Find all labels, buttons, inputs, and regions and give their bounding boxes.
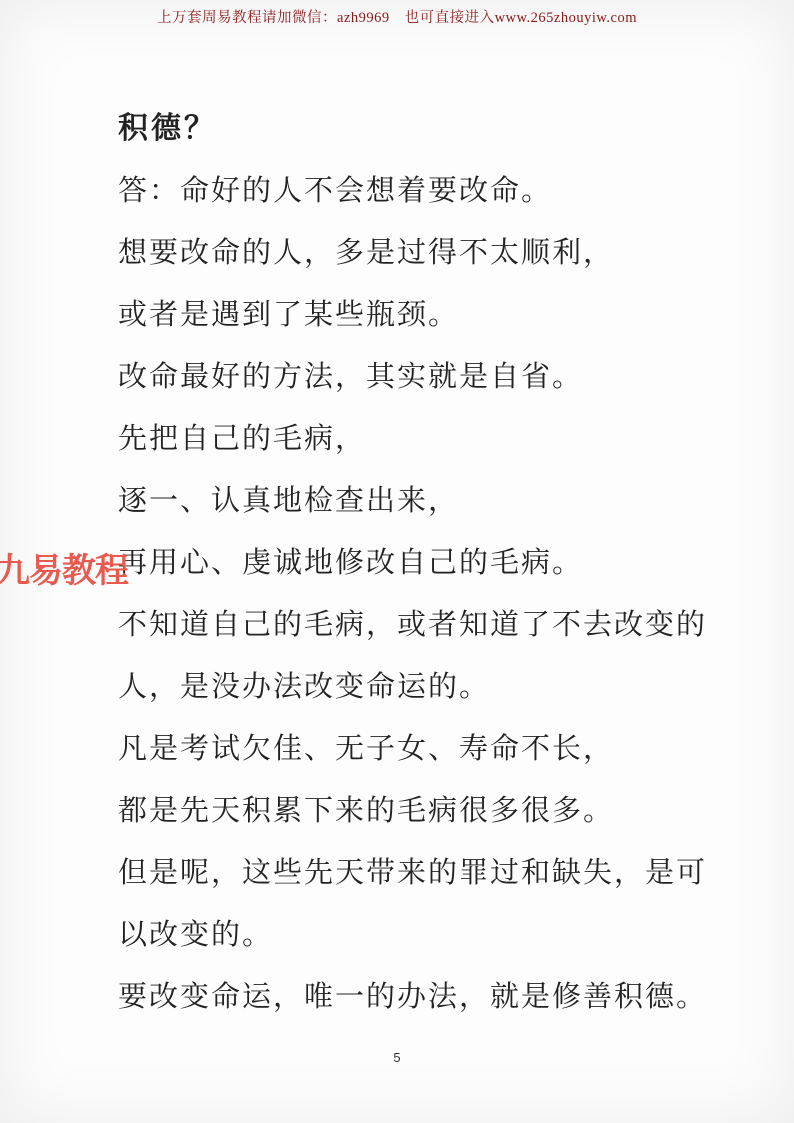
text-line: 以改变的。 [118,904,738,966]
text-line: 人，是没办法改变命运的。 [118,656,738,718]
watermark-logo-text: 九易教程 [0,543,128,592]
text-line: 逐一、认真地检查出来， [118,470,738,532]
text-line: 要改变命运，唯一的办法，就是修善积德。 [118,966,738,1028]
text-line: 或者是遇到了某些瓶颈。 [118,284,738,346]
text-line: 但是呢，这些先天带来的罪过和缺失，是可 [118,842,738,904]
page-number: 5 [0,1050,794,1065]
section-title: 积德？ [118,98,738,160]
text-line: 先把自己的毛病， [118,408,738,470]
text-line: 答：命好的人不会想着要改命。 [118,160,738,222]
page-body-text: 积德？ 答：命好的人不会想着要改命。 想要改命的人，多是过得不太顺利， 或者是遇… [118,98,738,1028]
text-line: 不知道自己的毛病，或者知道了不去改变的 [118,594,738,656]
text-line: 都是先天积累下来的毛病很多很多。 [118,780,738,842]
header-promo-text: 上万套周易教程请加微信：azh9969 也可直接进入www.265zhouyiw… [0,6,794,27]
document-page: 上万套周易教程请加微信：azh9969 也可直接进入www.265zhouyiw… [0,0,794,1123]
text-line: 想要改命的人，多是过得不太顺利， [118,222,738,284]
text-line: 改命最好的方法，其实就是自省。 [118,346,738,408]
text-line: 凡是考试欠佳、无子女、寿命不长， [118,718,738,780]
text-line: 再用心、虔诚地修改自己的毛病。 [118,532,738,594]
